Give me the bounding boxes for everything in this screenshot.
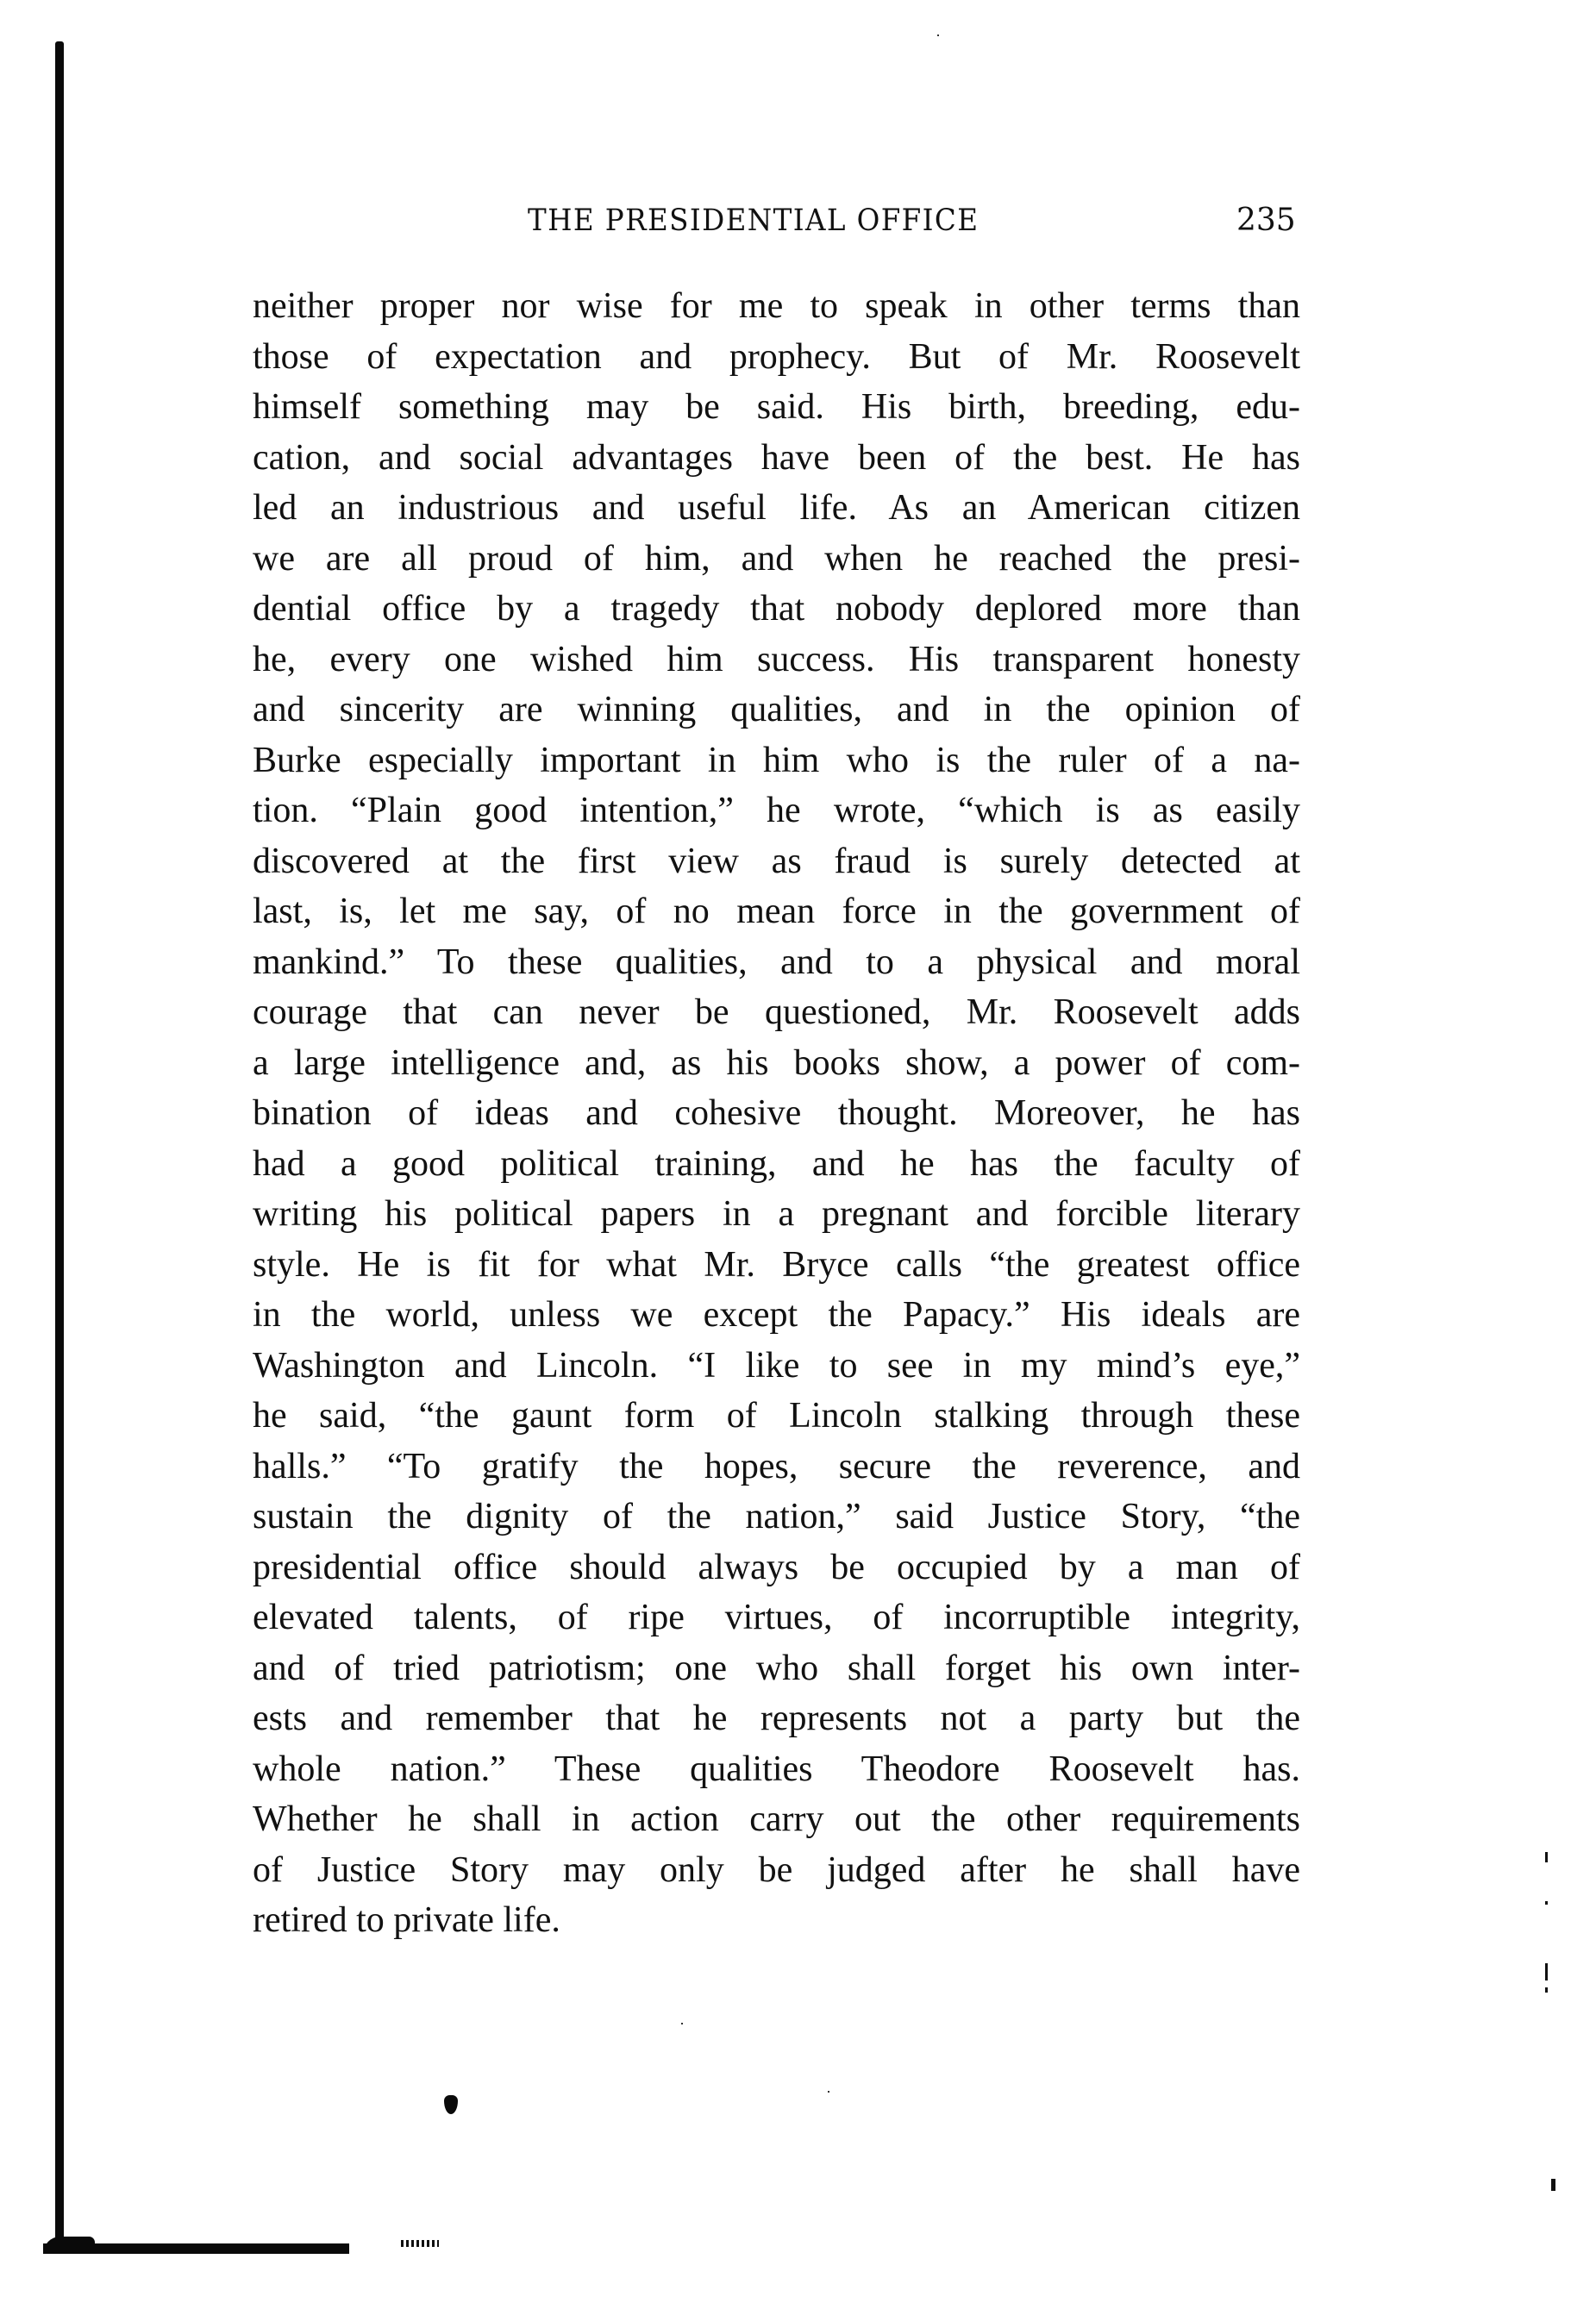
text-line: presidential office should always be occ… <box>253 1542 1300 1593</box>
text-line-last: retired to private life. <box>253 1895 1300 1946</box>
text-line: we are all proud of him, and when he rea… <box>253 534 1300 585</box>
text-line: halls.” “To gratify the hopes, secure th… <box>253 1442 1300 1492</box>
page-number: 235 <box>1236 203 1296 238</box>
scan-speck <box>1551 2179 1555 2191</box>
text-line: himself something may be said. His birth… <box>253 382 1300 433</box>
text-line: sustain the dignity of the nation,” said… <box>253 1492 1300 1542</box>
scan-speck <box>1545 1852 1548 1862</box>
scan-bottom-edge <box>43 2243 349 2254</box>
text-line: writing his political papers in a pregna… <box>253 1189 1300 1240</box>
text-line: courage that can never be questioned, Mr… <box>253 987 1300 1038</box>
scan-speck <box>828 2091 829 2093</box>
text-line: neither proper nor wise for me to speak … <box>253 281 1300 332</box>
text-line: whole nation.” These qualities Theodore … <box>253 1744 1300 1795</box>
text-line: discovered at the first view as fraud is… <box>253 836 1300 887</box>
text-line: tion. “Plain good intention,” he wrote, … <box>253 785 1300 836</box>
text-line: he, every one wished him success. His tr… <box>253 635 1300 685</box>
running-head: THE PRESIDENTIAL OFFICE 235 <box>0 203 1596 238</box>
text-line: cation, and social advantages have been … <box>253 433 1300 484</box>
book-page: THE PRESIDENTIAL OFFICE 235 neither prop… <box>0 0 1596 2309</box>
text-line: mankind.” To these qualities, and to a p… <box>253 937 1300 988</box>
text-line: and sincerity are winning qualities, and… <box>253 685 1300 735</box>
ink-blot-mark <box>444 2095 458 2114</box>
text-line: style. He is fit for what Mr. Bryce call… <box>253 1240 1300 1291</box>
scan-speck <box>1545 1901 1548 1905</box>
text-line: elevated talents, of ripe virtues, of in… <box>253 1593 1300 1643</box>
text-line: those of expectation and prophecy. But o… <box>253 332 1300 383</box>
text-line: Washington and Lincoln. “I like to see i… <box>253 1341 1300 1392</box>
text-line: of Justice Story may only be judged afte… <box>253 1845 1300 1896</box>
text-line: in the world, unless we except the Papac… <box>253 1290 1300 1341</box>
text-line: Burke especially important in him who is… <box>253 735 1300 786</box>
text-line: ests and remember that he represents not… <box>253 1693 1300 1744</box>
scan-speck <box>1545 1987 1548 1993</box>
scan-speck <box>681 2023 683 2024</box>
scan-speck <box>937 34 939 36</box>
text-line: bination of ideas and cohesive thought. … <box>253 1088 1300 1139</box>
text-line: he said, “the gaunt form of Lincoln stal… <box>253 1391 1300 1442</box>
text-line: dential office by a tragedy that nobody … <box>253 584 1300 635</box>
text-line: a large intelligence and, as his books s… <box>253 1038 1300 1089</box>
body-paragraph: neither proper nor wise for me to speak … <box>253 281 1300 1946</box>
text-line: and of tried patriotism; one who shall f… <box>253 1643 1300 1694</box>
text-line: last, is, let me say, of no mean force i… <box>253 886 1300 937</box>
text-line: Whether he shall in action carry out the… <box>253 1794 1300 1845</box>
scan-binding-edge <box>55 41 64 2249</box>
text-line: led an industrious and useful life. As a… <box>253 483 1300 534</box>
scan-speck-cluster <box>401 2240 439 2247</box>
text-line: had a good political training, and he ha… <box>253 1139 1300 1190</box>
running-title: THE PRESIDENTIAL OFFICE <box>528 203 979 238</box>
scan-speck <box>1545 1963 1548 1980</box>
